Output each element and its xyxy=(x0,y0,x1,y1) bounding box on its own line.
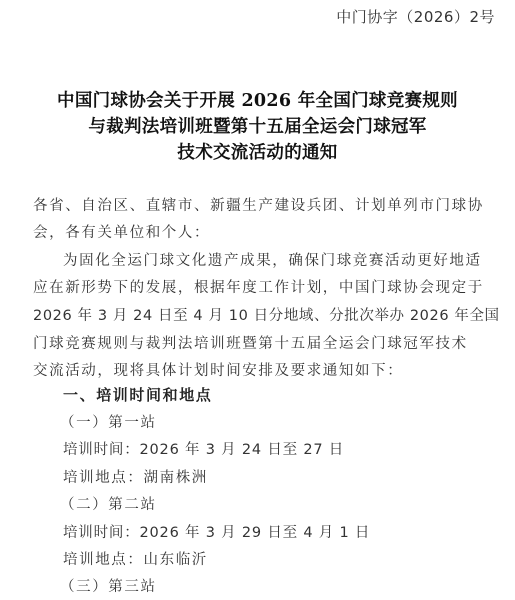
station-1-time: 培训时间：2026 年 3 月 24 日至 27 日 xyxy=(63,438,344,459)
salutation-line-1: 各省、自治区、直辖市、新疆生产建设兵团、计划单列市门球协 xyxy=(33,194,484,215)
station-2-label: （二）第二站 xyxy=(60,493,157,514)
salutation-line-2: 会，各有关单位和个人： xyxy=(33,221,210,242)
section-heading-time-place: 一、培训时间和地点 xyxy=(63,384,212,405)
intro-line-3: 2026 年 3 月 24 日至 4 月 10 日分地域、分批次举办 2026 … xyxy=(33,304,500,325)
intro-line-5: 交流活动，现将具体计划时间安排及要求通知如下： xyxy=(33,359,403,380)
station-2-place: 培训地点：山东临沂 xyxy=(63,548,208,569)
station-1-place: 培训地点：湖南株洲 xyxy=(63,466,208,487)
station-2-time: 培训时间：2026 年 3 月 29 日至 4 月 1 日 xyxy=(63,521,370,542)
intro-line-4: 门球竞赛规则与裁判法培训班暨第十五届全运会门球冠军技术 xyxy=(33,332,468,353)
station-1-label: （一）第一站 xyxy=(60,411,157,432)
intro-line-1: 为固化全运门球文化遗产成果，确保门球竞赛活动更好地适 xyxy=(63,249,482,270)
intro-line-2: 应在新形势下的发展，根据年度工作计划，中国门球协会现定于 xyxy=(33,276,484,297)
station-3-label: （三）第三站 xyxy=(60,575,157,596)
document-body: 各省、自治区、直辖市、新疆生产建设兵团、计划单列市门球协 会，各有关单位和个人：… xyxy=(33,0,493,600)
